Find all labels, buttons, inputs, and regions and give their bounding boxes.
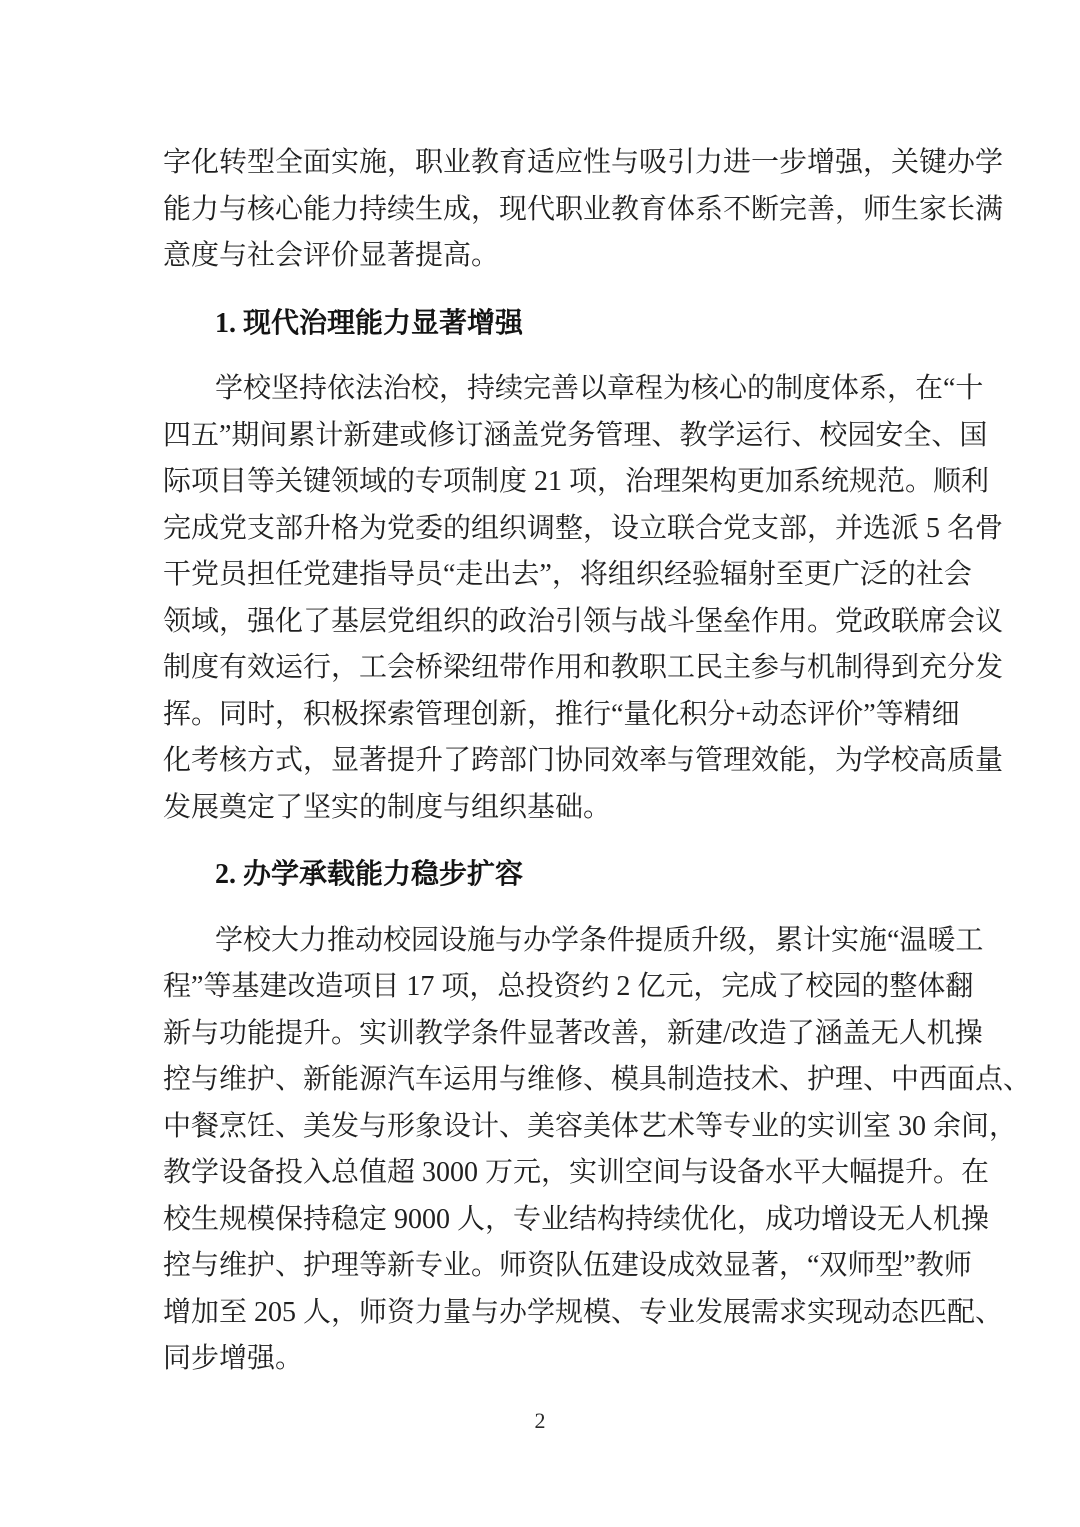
- body-paragraph: 字化转型全面实施，职业教育适应性与吸引力进一步增强，关键办学能力与核心能力持续生…: [163, 140, 956, 280]
- page-footer: 2: [0, 1408, 1080, 1434]
- text-line: 际项目等关键领域的专项制度 21 项，治理架构更加系统规范。顺利: [163, 459, 956, 506]
- text-line: 校生规模保持稳定 9000 人，专业结构持续优化，成功增设无人机操: [163, 1197, 956, 1244]
- text-line: 程”等基建改造项目 17 项，总投资约 2 亿元，完成了校园的整体翻: [163, 964, 956, 1011]
- text-line: 教学设备投入总值超 3000 万元，实训空间与设备水平大幅提升。在: [163, 1150, 956, 1197]
- page-number: 2: [535, 1408, 546, 1433]
- text-line: 学校大力推动校园设施与办学条件提质升级，累计实施“温暖工: [163, 918, 956, 965]
- text-line: 意度与社会评价显著提高。: [163, 233, 956, 280]
- body-paragraph: 学校坚持依法治校，持续完善以章程为核心的制度体系，在“十四五”期间累计新建或修订…: [163, 366, 956, 831]
- document-body: 字化转型全面实施，职业教育适应性与吸引力进一步增强，关键办学能力与核心能力持续生…: [163, 0, 956, 1383]
- section-heading: 1. 现代治理能力显著增强: [163, 301, 956, 348]
- text-line: 领域，强化了基层党组织的政治引领与战斗堡垒作用。党政联席会议: [163, 599, 956, 646]
- section-heading: 2. 办学承载能力稳步扩容: [163, 852, 956, 899]
- text-line: 学校坚持依法治校，持续完善以章程为核心的制度体系，在“十: [163, 366, 956, 413]
- text-line: 中餐烹饪、美发与形象设计、美容美体艺术等专业的实训室 30 余间，: [163, 1104, 956, 1151]
- text-line: 控与维护、护理等新专业。师资队伍建设成效显著，“双师型”教师: [163, 1243, 956, 1290]
- body-paragraph: 学校大力推动校园设施与办学条件提质升级，累计实施“温暖工程”等基建改造项目 17…: [163, 918, 956, 1383]
- text-line: 字化转型全面实施，职业教育适应性与吸引力进一步增强，关键办学: [163, 140, 956, 187]
- text-line: 新与功能提升。实训教学条件显著改善，新建/改造了涵盖无人机操: [163, 1011, 956, 1058]
- text-line: 同步增强。: [163, 1336, 956, 1383]
- text-line: 四五”期间累计新建或修订涵盖党务管理、教学运行、校园安全、国: [163, 413, 956, 460]
- text-line: 化考核方式，显著提升了跨部门协同效率与管理效能，为学校高质量: [163, 738, 956, 785]
- text-line: 挥。同时，积极探索管理创新，推行“量化积分+动态评价”等精细: [163, 692, 956, 739]
- text-line: 发展奠定了坚实的制度与组织基础。: [163, 785, 956, 832]
- text-line: 能力与核心能力持续生成，现代职业教育体系不断完善，师生家长满: [163, 187, 956, 234]
- text-line: 增加至 205 人，师资力量与办学规模、专业发展需求实现动态匹配、: [163, 1290, 956, 1337]
- text-line: 制度有效运行，工会桥梁纽带作用和教职工民主参与机制得到充分发: [163, 645, 956, 692]
- document-page: 字化转型全面实施，职业教育适应性与吸引力进一步增强，关键办学能力与核心能力持续生…: [0, 0, 1080, 1527]
- text-line: 完成党支部升格为党委的组织调整，设立联合党支部，并选派 5 名骨: [163, 506, 956, 553]
- text-line: 干党员担任党建指导员“走出去”，将组织经验辐射至更广泛的社会: [163, 552, 956, 599]
- text-line: 控与维护、新能源汽车运用与维修、模具制造技术、护理、中西面点、: [163, 1057, 956, 1104]
